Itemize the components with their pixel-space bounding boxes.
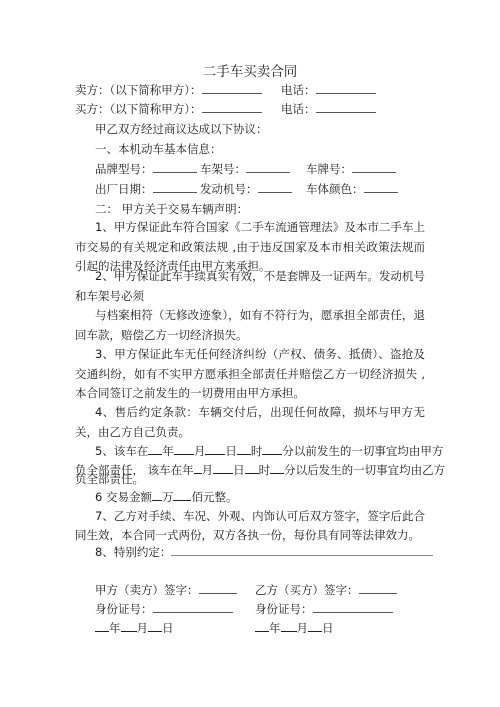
field-plate-number: 车牌号： bbox=[306, 161, 396, 177]
party-b-sign-blank[interactable] bbox=[359, 582, 397, 594]
c6-wan-label: 万 bbox=[162, 490, 174, 504]
c5-before-text: 分以前发生的一切事宜均由甲方 bbox=[282, 444, 443, 458]
c5b-hour-blank[interactable] bbox=[245, 462, 259, 474]
seller-name-blank[interactable] bbox=[202, 82, 262, 94]
clause-8: 8、特别约定： bbox=[95, 544, 433, 560]
plate-number-blank[interactable] bbox=[352, 161, 396, 173]
c5-after-text: 分以后发生的一切事宜均由乙方 bbox=[284, 463, 445, 477]
party-b-sign-label: 乙方（买方）签字： bbox=[255, 583, 359, 597]
clause-2a: 2、甲方保证此车手续真实有效，不是套牌及一证两车。发动机号和车架号必须 bbox=[75, 267, 425, 306]
party-a-signature: 甲方（卖方）签字： bbox=[95, 582, 237, 598]
brand-model-blank[interactable] bbox=[153, 161, 197, 173]
field-engine-number: 发动机号： bbox=[200, 181, 292, 197]
intro-text: 甲乙双方经过商议达成以下协议： bbox=[95, 121, 268, 137]
document-title: 二手车买卖合同 bbox=[0, 63, 500, 81]
brand-model-label: 品牌型号： bbox=[95, 162, 153, 176]
party-b-signature: 乙方（买方）签字： bbox=[255, 582, 397, 598]
clause-2b: 与档案相符（无修改迹象），如有不符行为，愿承担全部责任，退回车款，赔偿乙方一切经… bbox=[75, 306, 425, 345]
body-color-blank[interactable] bbox=[364, 181, 398, 193]
c6-prefix: 6 交易金额 bbox=[95, 490, 152, 504]
seller-label: 卖方：（以下简称甲方）： bbox=[75, 83, 202, 97]
engine-number-label: 发动机号： bbox=[200, 182, 258, 196]
c5-month-label: 月 bbox=[194, 444, 206, 458]
frame-number-blank[interactable] bbox=[246, 161, 290, 173]
buyer-phone-row: 电话： bbox=[281, 101, 376, 117]
party-a-sign-label: 甲方（卖方）签字： bbox=[95, 583, 199, 597]
party-b-date: 年月日 bbox=[255, 620, 334, 636]
c5-year-blank[interactable] bbox=[148, 443, 162, 455]
manufacture-date-blank[interactable] bbox=[153, 181, 197, 193]
party-a-day-label: 日 bbox=[162, 621, 174, 635]
party-a-month-blank[interactable] bbox=[121, 620, 137, 632]
buyer-row: 买方：（以下简称甲方）： bbox=[75, 101, 262, 117]
party-b-day-label: 日 bbox=[322, 621, 334, 635]
c5-year-label: 年 bbox=[162, 444, 174, 458]
party-b-month-label: 月 bbox=[297, 621, 309, 635]
clause-5-line3: 负全部责任。 bbox=[75, 471, 144, 487]
field-frame-number: 车架号： bbox=[200, 161, 290, 177]
party-b-id-blank[interactable] bbox=[313, 601, 393, 613]
party-b-year-blank[interactable] bbox=[255, 620, 269, 632]
c5-day-label: 日 bbox=[225, 444, 237, 458]
party-a-id-label: 身份证号： bbox=[95, 602, 153, 616]
party-a-sign-blank[interactable] bbox=[199, 582, 237, 594]
clause-5-line1: 5、该车在年月日时分以前发生的一切事宜均由甲方 bbox=[95, 443, 443, 459]
party-b-id-label: 身份证号： bbox=[255, 602, 313, 616]
special-terms-blank[interactable] bbox=[171, 544, 433, 556]
field-manufacture-date: 出厂日期： bbox=[95, 181, 197, 197]
c5b-month-label: 月 bbox=[202, 463, 214, 477]
field-body-color: 车体颜色： bbox=[306, 181, 398, 197]
c5b-hour-label: 时 bbox=[259, 463, 271, 477]
buyer-label: 买方：（以下简称甲方）： bbox=[75, 102, 202, 116]
buyer-phone-label: 电话： bbox=[281, 102, 316, 116]
party-a-day-blank[interactable] bbox=[148, 620, 162, 632]
party-b-id: 身份证号： bbox=[255, 601, 393, 617]
c5-hour-label: 时 bbox=[251, 444, 263, 458]
body-color-label: 车体颜色： bbox=[306, 182, 364, 196]
engine-number-blank[interactable] bbox=[258, 181, 292, 193]
c5-month-blank[interactable] bbox=[174, 443, 194, 455]
seller-phone-label: 电话： bbox=[281, 83, 316, 97]
party-b-day-blank[interactable] bbox=[308, 620, 322, 632]
c6-bai-blank[interactable] bbox=[173, 489, 191, 501]
clause-6: 6 交易金额万佰元整。 bbox=[95, 489, 237, 505]
field-brand-model: 品牌型号： bbox=[95, 161, 197, 177]
c5b-minute-blank[interactable] bbox=[270, 462, 284, 474]
frame-number-label: 车架号： bbox=[200, 162, 246, 176]
section2-heading: 二： 甲方关于交易车辆声明： bbox=[95, 201, 248, 217]
party-b-month-blank[interactable] bbox=[281, 620, 297, 632]
c5b-day-blank[interactable] bbox=[213, 462, 233, 474]
c5-minute-blank[interactable] bbox=[262, 443, 282, 455]
seller-phone-blank[interactable] bbox=[316, 82, 376, 94]
clause-4: 4、售后约定条款：车辆交付后，出现任何故障，损坏与甲方无关，由乙方自己负责。 bbox=[75, 403, 425, 442]
clause-7: 7、乙方对手续、车况、外观、内饰认可后双方签字，签字后此合同生效，本合同一式两份… bbox=[75, 507, 425, 545]
party-a-id-blank[interactable] bbox=[153, 601, 233, 613]
seller-phone-row: 电话： bbox=[281, 82, 376, 98]
c5b-month-blank[interactable] bbox=[194, 462, 202, 474]
party-a-id: 身份证号： bbox=[95, 601, 233, 617]
clause-3: 3、甲方保证此车无任何经济纠纷（产权、债务、抵债）、盗抢及交通纠纷，如有不实甲方… bbox=[75, 345, 425, 404]
party-a-date: 年月日 bbox=[95, 620, 174, 636]
party-a-year-label: 年 bbox=[109, 621, 121, 635]
c5b-day-label: 日 bbox=[233, 463, 245, 477]
c6-wan-blank[interactable] bbox=[152, 489, 162, 501]
manufacture-date-label: 出厂日期： bbox=[95, 182, 153, 196]
party-a-month-label: 月 bbox=[137, 621, 149, 635]
section1-heading: 一、本机动车基本信息： bbox=[95, 141, 222, 157]
buyer-phone-blank[interactable] bbox=[316, 101, 376, 113]
buyer-name-blank[interactable] bbox=[202, 101, 262, 113]
plate-number-label: 车牌号： bbox=[306, 162, 352, 176]
clause-5-text: 5、该车在 bbox=[95, 444, 148, 458]
party-b-year-label: 年 bbox=[269, 621, 281, 635]
c5-day-blank[interactable] bbox=[205, 443, 225, 455]
c6-suffix: 佰元整。 bbox=[191, 490, 237, 504]
seller-row: 卖方：（以下简称甲方）： bbox=[75, 82, 262, 98]
clause-8-label: 8、特别约定： bbox=[95, 545, 171, 559]
c5-hour-blank[interactable] bbox=[237, 443, 251, 455]
party-a-year-blank[interactable] bbox=[95, 620, 109, 632]
